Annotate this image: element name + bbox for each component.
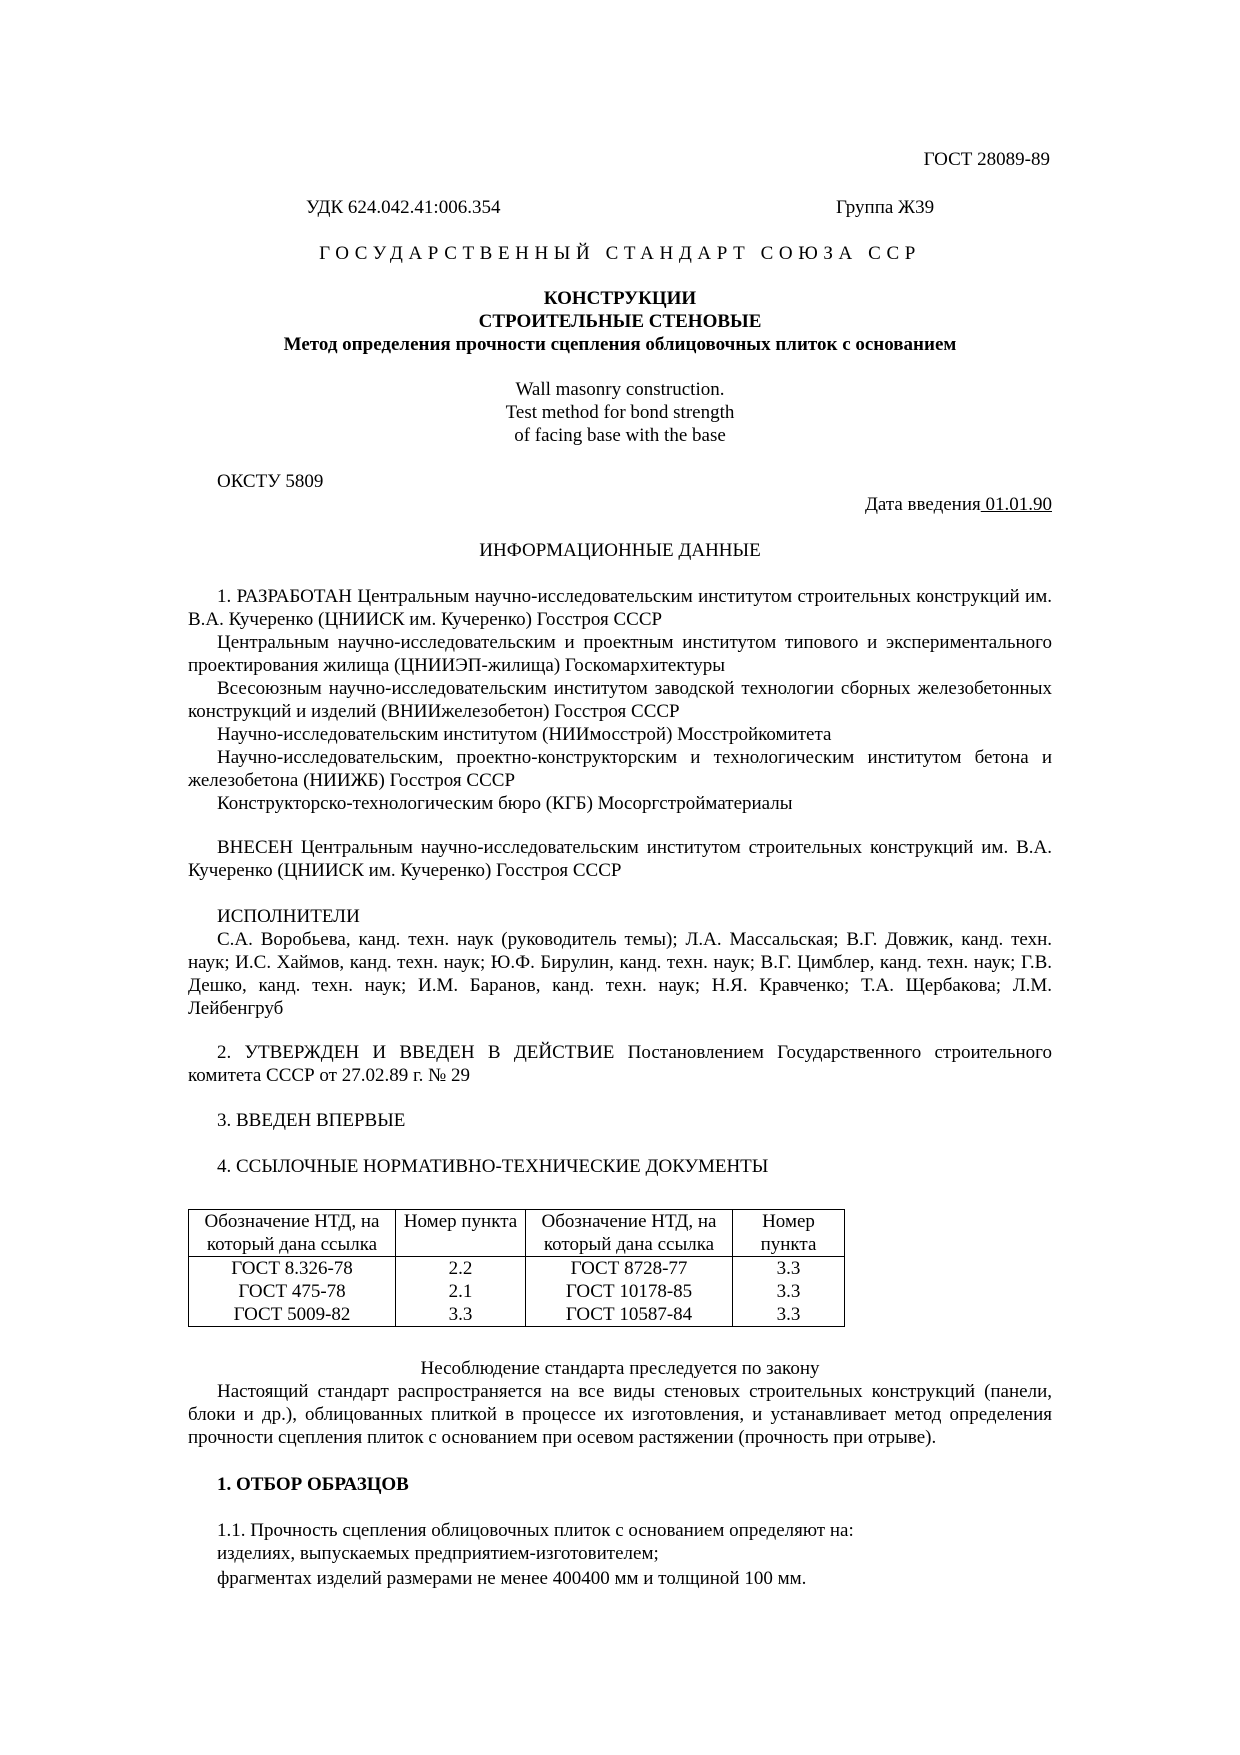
table-row: ГОСТ 8.326-78 2.2 ГОСТ 8728-77 3.3 [189, 1257, 845, 1281]
table-row: ГОСТ 475-78 2.1 ГОСТ 10178-85 3.3 [189, 1280, 845, 1303]
introduction-date: Дата введения 01.01.90 [865, 493, 1052, 516]
developed-item: Научно-исследовательским институтом (НИИ… [188, 723, 1052, 746]
state-standard-heading: ГОСУДАРСТВЕННЫЙ СТАНДАРТ СОЮЗА ССР [188, 242, 1052, 265]
developed-item: Конструкторско-технологическим бюро (КГБ… [188, 792, 1052, 815]
introduced-text: 3. ВВЕДЕН ВПЕРВЫЕ [188, 1109, 1052, 1132]
table-cell: 3.3 [396, 1303, 526, 1327]
submitted-text: ВНЕСЕН Центральным научно-исследовательс… [188, 836, 1052, 882]
clause-1-1-item: фрагментах изделий размерами не менее 40… [188, 1567, 1052, 1590]
performers-section: ИСПОЛНИТЕЛИ С.А. Воробьева, канд. техн. … [188, 905, 1052, 1020]
table-cell: 3.3 [733, 1280, 845, 1303]
references-heading: 4. ССЫЛОЧНЫЕ НОРМАТИВНО-ТЕХНИЧЕСКИЕ ДОКУ… [188, 1155, 1052, 1178]
approved-section: 2. УТВЕРЖДЕН И ВВЕДЕН В ДЕЙСТВИЕ Постано… [188, 1041, 1052, 1087]
table-cell: ГОСТ 475-78 [189, 1280, 396, 1303]
developed-item: Всесоюзным научно-исследовательским инст… [188, 677, 1052, 723]
date-value: 01.01.90 [981, 494, 1052, 515]
table-cell: ГОСТ 8.326-78 [189, 1257, 396, 1281]
gost-number: ГОСТ 28089-89 [924, 148, 1050, 171]
title-subtitle: Метод определения прочности сцепления об… [188, 333, 1052, 356]
info-heading: ИНФОРМАЦИОННЫЕ ДАННЫЕ [188, 539, 1052, 562]
column-header: Номер пункта [396, 1210, 526, 1257]
udk-code: УДК 624.042.41:006.354 [306, 196, 500, 219]
group-code: Группа Ж39 [836, 196, 934, 219]
table-cell: ГОСТ 8728-77 [526, 1257, 733, 1281]
developed-item: 1. РАЗРАБОТАН Центральным научно-исследо… [188, 585, 1052, 631]
date-label: Дата введения [865, 494, 981, 515]
references-table: Обозначение НТД, на который дана ссылка … [188, 1209, 845, 1327]
title-line-2: СТРОИТЕЛЬНЫЕ СТЕНОВЫЕ [188, 310, 1052, 333]
table-row: ГОСТ 5009-82 3.3 ГОСТ 10587-84 3.3 [189, 1303, 845, 1327]
approved-text: 2. УТВЕРЖДЕН И ВВЕДЕН В ДЕЙСТВИЕ Постано… [188, 1041, 1052, 1087]
scope-text: Настоящий стандарт распространяется на в… [188, 1380, 1052, 1449]
table-cell: ГОСТ 5009-82 [189, 1303, 396, 1327]
table-cell: 3.3 [733, 1303, 845, 1327]
oksty-code: ОКСТУ 5809 [217, 470, 323, 493]
scope-section: Настоящий стандарт распространяется на в… [188, 1380, 1052, 1449]
legal-notice: Несоблюдение стандарта преследуется по з… [188, 1357, 1052, 1380]
section-1-heading: 1. ОТБОР ОБРАЗЦОВ [188, 1473, 1052, 1496]
developed-item: Центральным научно-исследовательским и п… [188, 631, 1052, 677]
performers-heading: ИСПОЛНИТЕЛИ [188, 905, 1052, 928]
column-header: Обозначение НТД, на который дана ссылка [189, 1210, 396, 1257]
table-cell: 2.1 [396, 1280, 526, 1303]
table-cell: ГОСТ 10178-85 [526, 1280, 733, 1303]
clause-1-1: 1.1. Прочность сцепления облицовочных пл… [188, 1519, 1052, 1542]
english-title-line-1: Wall masonry construction. [188, 378, 1052, 401]
english-title-line-2: Test method for bond strength [188, 401, 1052, 424]
developed-section: 1. РАЗРАБОТАН Центральным научно-исследо… [188, 585, 1052, 815]
table-header-row: Обозначение НТД, на который дана ссылка … [189, 1210, 845, 1257]
english-title-line-3: of facing base with the base [188, 424, 1052, 447]
column-header: Номер пункта [733, 1210, 845, 1257]
developed-item: Научно-исследовательским, проектно-конст… [188, 746, 1052, 792]
table-cell: 2.2 [396, 1257, 526, 1281]
title-line-1: КОНСТРУКЦИИ [188, 287, 1052, 310]
table-cell: 3.3 [733, 1257, 845, 1281]
column-header: Обозначение НТД, на который дана ссылка [526, 1210, 733, 1257]
table-cell: ГОСТ 10587-84 [526, 1303, 733, 1327]
performers-list: С.А. Воробьева, канд. техн. наук (руково… [188, 928, 1052, 1020]
clause-1-1-item: изделиях, выпускаемых предприятием-изгот… [188, 1542, 1052, 1565]
submitted-section: ВНЕСЕН Центральным научно-исследовательс… [188, 836, 1052, 882]
